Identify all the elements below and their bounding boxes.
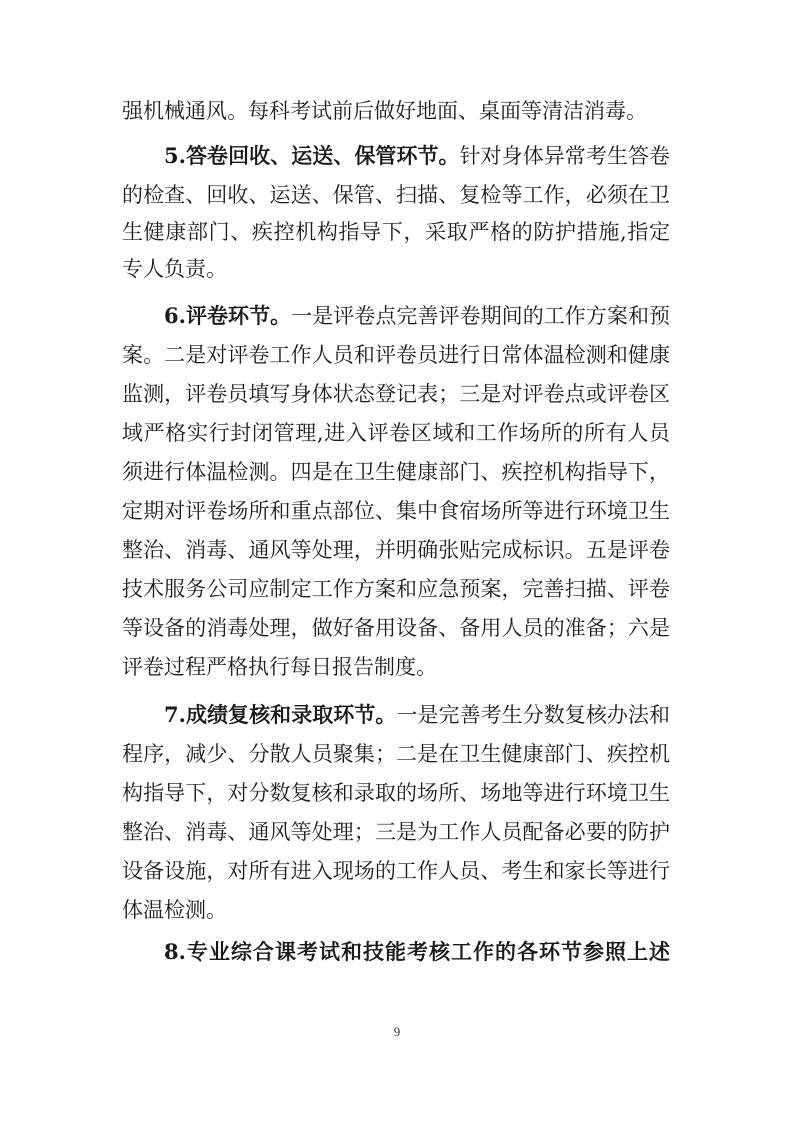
text-line: 的检查、回收、运送、保管、扫描、复检等工作，必须在卫 xyxy=(122,180,670,210)
section-8-title: 8.专业综合课考试和技能考核工作的各环节参照上述 xyxy=(164,939,670,964)
section-7-heading-line: 7.成绩复核和录取环节。一是完善考生分数复核办法和 xyxy=(164,700,670,730)
text-line: 评卷过程严格执行每日报告制度。 xyxy=(122,652,670,682)
text-line: 技术服务公司应制定工作方案和应急预案，完善扫描、评卷 xyxy=(122,574,670,604)
text-line: 案。二是对评卷工作人员和评卷员进行日常体温检测和健康 xyxy=(122,340,670,370)
text-line: 域严格实行封闭管理,进入评卷区域和工作场所的所有人员 xyxy=(122,418,670,448)
text-line: 构指导下，对分数复核和录取的场所、场地等进行环境卫生 xyxy=(122,778,670,808)
text-line: 定期对评卷场所和重点部位、集中食宿场所等进行环境卫生 xyxy=(122,496,670,526)
text-segment: 一是完善考生分数复核办法和 xyxy=(396,703,670,727)
text-segment: 针对身体异常考生答卷 xyxy=(460,144,670,168)
section-5-title: 5.答卷回收、运送、保管环节。 xyxy=(164,143,460,168)
text-line: 设备设施，对所有进入现场的工作人员、考生和家长等进行 xyxy=(122,856,670,886)
text-line: 程序，减少、分散人员聚集；二是在卫生健康部门、疾控机 xyxy=(122,739,670,769)
section-8-heading-line: 8.专业综合课考试和技能考核工作的各环节参照上述 xyxy=(164,937,670,967)
section-6-heading-line: 6.评卷环节。一是评卷点完善评卷期间的工作方案和预 xyxy=(164,301,670,331)
section-6-title: 6.评卷环节。 xyxy=(164,303,291,328)
text-line: 强机械通风。每科考试前后做好地面、桌面等清洁消毒。 xyxy=(122,96,670,126)
text-line: 监测，评卷员填写身体状态登记表；三是对评卷点或评卷区 xyxy=(122,379,670,409)
section-7-title: 7.成绩复核和录取环节。 xyxy=(164,702,396,727)
document-page: 强机械通风。每科考试前后做好地面、桌面等清洁消毒。 5.答卷回收、运送、保管环节… xyxy=(0,0,794,1123)
text-line: 整治、消毒、通风等处理；三是为工作人员配备必要的防护 xyxy=(122,817,670,847)
section-5-heading-line: 5.答卷回收、运送、保管环节。针对身体异常考生答卷 xyxy=(164,141,670,171)
text-segment: 一是评卷点完善评卷期间的工作方案和预 xyxy=(291,304,670,328)
text-line: 生健康部门、疾控机构指导下，采取严格的防护措施,指定 xyxy=(122,217,670,247)
text-line: 整治、消毒、通风等处理，并明确张贴完成标识。五是评卷 xyxy=(122,535,670,565)
text-line: 须进行体温检测。四是在卫生健康部门、疾控机构指导下， xyxy=(122,457,670,487)
page-number: 9 xyxy=(0,1024,794,1040)
text-line: 专人负责。 xyxy=(122,254,670,284)
text-line: 体温检测。 xyxy=(122,895,670,925)
text-line: 等设备的消毒处理，做好备用设备、备用人员的准备；六是 xyxy=(122,613,670,643)
